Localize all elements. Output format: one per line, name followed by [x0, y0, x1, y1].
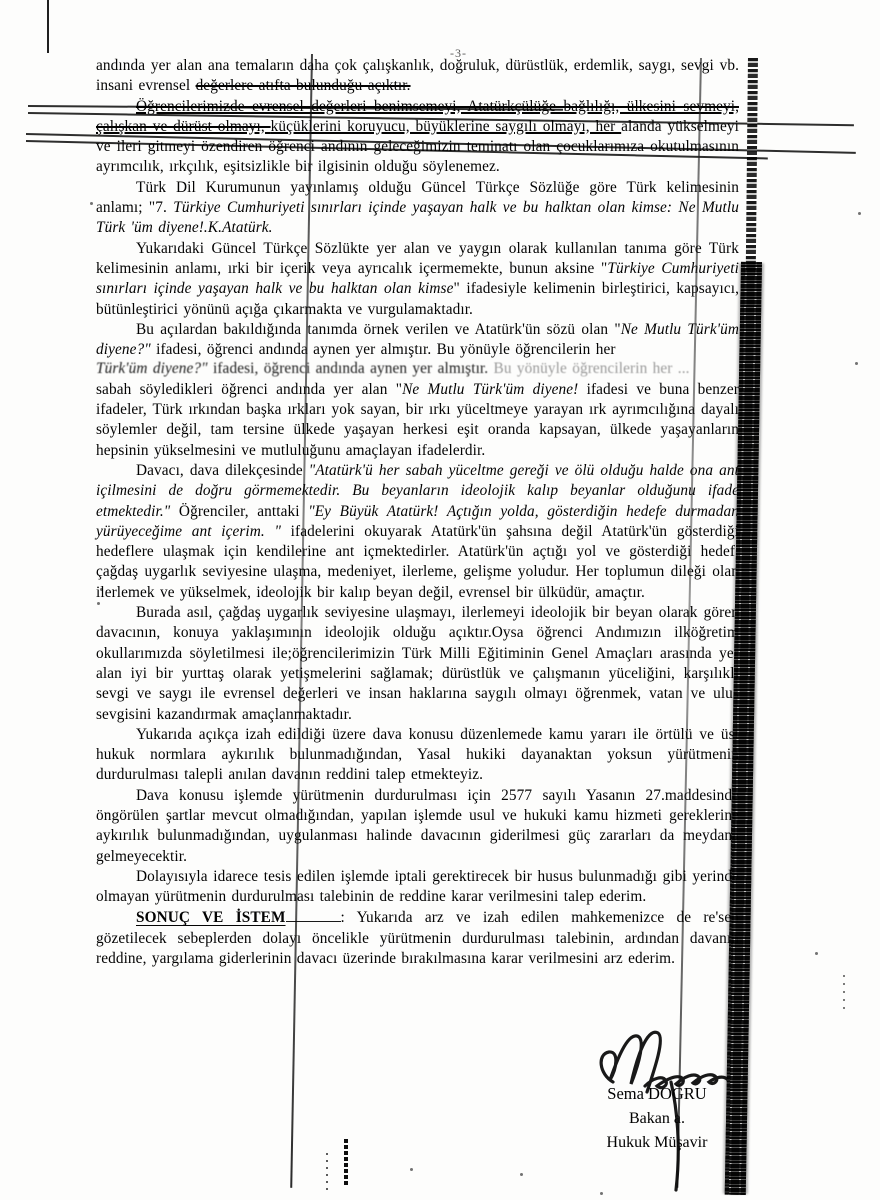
- scanned-legal-document-page: -3- andında yer alan ana temaların daha …: [0, 0, 880, 1200]
- paragraph: Bu açılardan bakıldığında tanımda örnek …: [96, 320, 739, 361]
- text-segment: Davacı, dava dilekçesinde: [136, 462, 309, 479]
- text-segment: Öğrenciler, anttaki: [170, 503, 308, 520]
- scan-layer: -3- andında yer alan ana temaların daha …: [0, 0, 880, 1200]
- text-segment: Yukarıda açıkça izah edildiği üzere dava…: [96, 726, 739, 784]
- noise-speck: [90, 202, 93, 205]
- noise-speck: [815, 952, 818, 955]
- paragraph: Dolayısıyla idarece tesis edilen işlemde…: [96, 867, 739, 908]
- text-segment: sabah söyledikleri öğrenci andında yer a…: [96, 381, 402, 398]
- paragraph: andında yer alan ana temaların daha çok …: [96, 56, 739, 97]
- document-body: andında yer alan ana temaların daha çok …: [96, 56, 739, 969]
- paragraph: sabah söyledikleri öğrenci andında yer a…: [96, 380, 739, 461]
- paragraph: Yukarıdaki Güncel Türkçe Sözlükte yer al…: [96, 239, 739, 320]
- handwritten-signature: [583, 1020, 733, 1195]
- noise-speck: [855, 362, 858, 365]
- conclusion-paragraph: SONUÇ VE İSTEM: Yukarıda arz ve izah edi…: [96, 907, 739, 969]
- scanner-streak-top: [746, 56, 758, 270]
- text-segment: ifadesi, öğrenci andında aynen yer almış…: [208, 360, 494, 377]
- text-segment: Burada asıl, çağdaş uygarlık seviyesine …: [96, 604, 739, 722]
- signer-name: Sema DOĞRU: [577, 1084, 737, 1104]
- text-segment: Dava konusu işlemde yürütmenin durdurulm…: [96, 787, 739, 865]
- struck-text-segment: değerlere atıfta bulunduğu açıktır.: [196, 77, 411, 94]
- conclusion-heading: SONUÇ VE İSTEM: [136, 909, 286, 926]
- top-left-edge-line: [47, 0, 49, 53]
- quoted-motto: Ne Mutlu Türk'üm diyene!: [402, 381, 578, 398]
- text-segment: andında yer alan ana temaların daha çok …: [96, 57, 739, 94]
- duplicated-scan-line: Türk'üm diyene?" ifadesi, öğrenci andınd…: [96, 359, 739, 379]
- noise-speck: [600, 1192, 603, 1195]
- paragraph: Burada asıl, çağdaş uygarlık seviyesine …: [96, 603, 739, 725]
- text-segment: ifadesi, öğrenci andında aynen yer almış…: [151, 341, 616, 358]
- paragraph: Dava konusu işlemde yürütmenin durdurulm…: [96, 786, 739, 867]
- signer-title-1: Bakan a.: [577, 1110, 737, 1128]
- text-segment: Bu açılardan bakıldığında tanımda örnek …: [136, 321, 621, 338]
- text-segment: Dolayısıyla idarece tesis edilen işlemde…: [96, 868, 739, 905]
- quoted-definition: Türkiye Cumhuriyeti sınırları içinde yaş…: [96, 199, 739, 236]
- signer-title-2: Hukuk Müşavir: [577, 1134, 737, 1152]
- paragraph: Türk Dil Kurumunun yayınlamış olduğu Gün…: [96, 178, 739, 239]
- right-margin-dotted-mark: [843, 975, 845, 1009]
- paragraph: Yukarıda açıkça izah edildiği üzere dava…: [96, 725, 739, 786]
- bottom-dashed-mark: [344, 1138, 348, 1185]
- noise-speck: [858, 212, 861, 215]
- noise-speck: [520, 1173, 523, 1176]
- heading-underline-filler: [286, 907, 341, 922]
- paragraph: Davacı, dava dilekçesinde "Atatürk'ü her…: [96, 461, 739, 603]
- noise-speck: [97, 602, 100, 605]
- noise-speck: [410, 1168, 413, 1171]
- faded-text-segment: Bu yönüyle öğrencilerin her ...: [494, 360, 690, 377]
- text-segment: Türk'üm diyene?": [96, 360, 208, 377]
- bottom-dotted-mark: [326, 1148, 328, 1190]
- noise-speck: [100, 588, 103, 591]
